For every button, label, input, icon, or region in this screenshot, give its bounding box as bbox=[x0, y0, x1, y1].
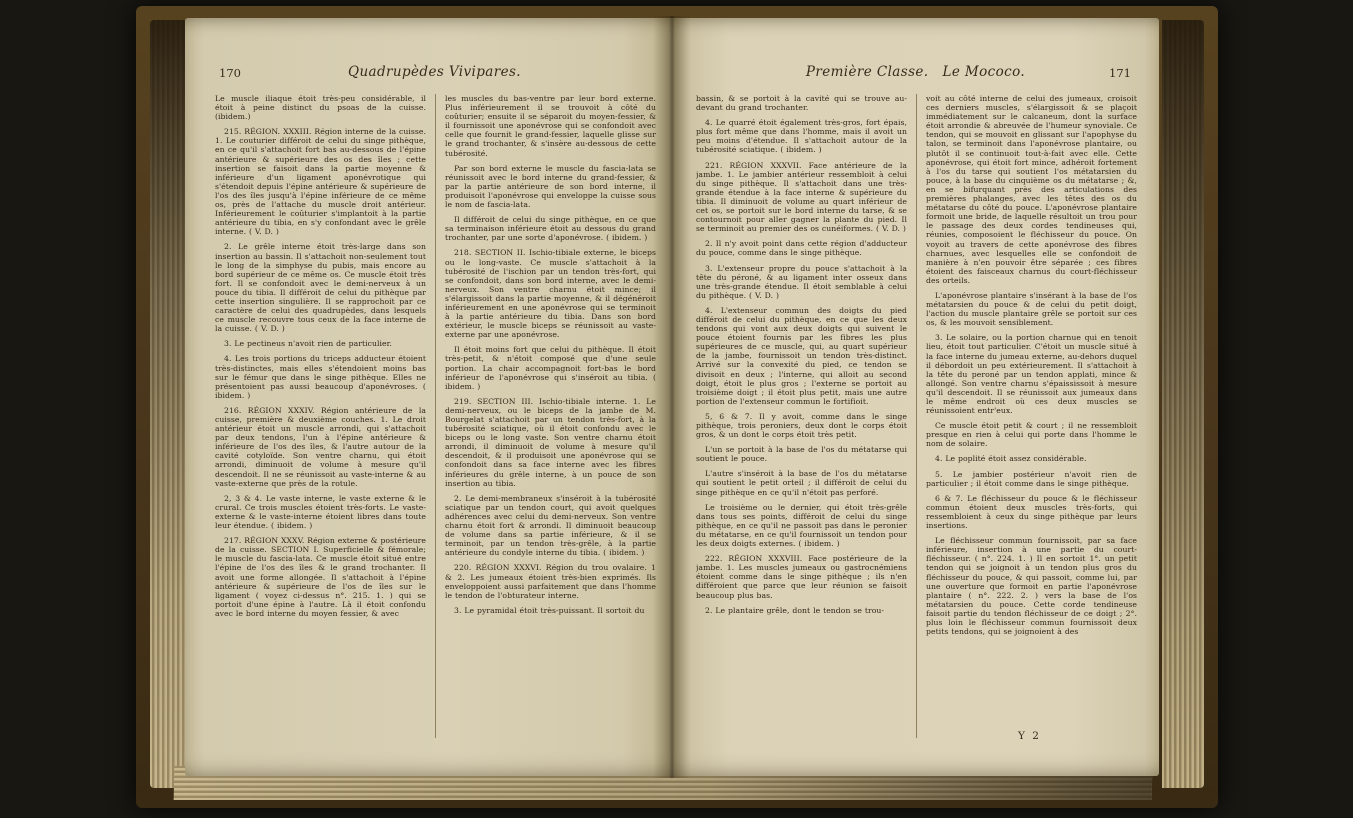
paragraph: 222. RÉGION XXXVIII. Face postérieure de… bbox=[696, 554, 907, 599]
paragraph: 2, 3 & 4. Le vaste interne, le vaste ext… bbox=[215, 494, 426, 530]
text-block-right: bassin, & se portoit à la cavité qui se … bbox=[696, 94, 1137, 738]
quire-signature: Y 2 bbox=[1018, 730, 1041, 742]
column-left-1: Le muscle iliaque étoit très-peu considé… bbox=[215, 94, 426, 738]
paragraph: 217. RÉGION XXXV. Région externe & posté… bbox=[215, 536, 426, 618]
paragraph: bassin, & se portoit à la cavité qui se … bbox=[696, 94, 907, 112]
paragraph: 3. Le pectineus n'avoit rien de particul… bbox=[215, 339, 426, 348]
page-number-left: 170 bbox=[219, 66, 241, 80]
paragraph: Il différoit de celui du singe pithèque,… bbox=[445, 215, 656, 242]
running-title-right: Première Classe.Le Mococo. bbox=[696, 64, 1135, 80]
paragraph: 4. L'extenseur commun des doigts du pied… bbox=[696, 306, 907, 406]
page-edges-right bbox=[1162, 20, 1204, 788]
paragraph: Le muscle iliaque étoit très-peu considé… bbox=[215, 94, 426, 121]
paragraph: 4. Le poplité étoit assez considérable. bbox=[926, 454, 1137, 463]
paragraph: 3. L'extenseur propre du pouce s'attacho… bbox=[696, 264, 907, 300]
paragraph: 3. Le solaire, ou la portion charnue qui… bbox=[926, 333, 1137, 415]
paragraph: 215. RÉGION. XXXIII. Région interne de l… bbox=[215, 127, 426, 236]
paragraph: 4. Le quarré étoit également très-gros, … bbox=[696, 118, 907, 154]
paragraph: 221. RÉGION XXXVII. Face antérieure de l… bbox=[696, 161, 907, 234]
paragraph: 5, 6 & 7. Il y avoit, comme dans le sing… bbox=[696, 412, 907, 439]
book: 170 Quadrupèdes Vivipares. Le muscle ili… bbox=[136, 6, 1218, 808]
text-block-left: Le muscle iliaque étoit très-peu considé… bbox=[215, 94, 656, 738]
paragraph: 3. Le pyramidal étoit très-puissant. Il … bbox=[445, 606, 656, 615]
page-right-header: Première Classe.Le Mococo. 171 bbox=[696, 64, 1135, 84]
column-right-1: bassin, & se portoit à la cavité qui se … bbox=[696, 94, 907, 738]
paragraph: L'un se portoit à la base de l'os du mét… bbox=[696, 445, 907, 463]
running-title-left: Quadrupèdes Vivipares. bbox=[215, 64, 654, 80]
page-left-header: 170 Quadrupèdes Vivipares. bbox=[215, 64, 654, 84]
paragraph: 2. Le plantaire grêle, dont le tendon se… bbox=[696, 606, 907, 615]
paragraph: 5. Le jambier postérieur n'avoit rien de… bbox=[926, 470, 1137, 488]
paragraph: 4. Les trois portions du triceps adducte… bbox=[215, 354, 426, 399]
page-edges-left bbox=[150, 20, 186, 788]
paragraph: Par son bord externe le muscle du fascia… bbox=[445, 164, 656, 209]
paragraph: Il étoit moins fort que celui du pithèqu… bbox=[445, 345, 656, 390]
paragraph: 219. SECTION III. Ischio-tibiale interne… bbox=[445, 397, 656, 488]
paragraph: Le fléchisseur commun fournissoit, par s… bbox=[926, 536, 1137, 636]
column-left-2: les muscles du bas-ventre par leur bord … bbox=[435, 94, 656, 738]
paragraph: L'autre s'inséroit à la base de l'os du … bbox=[696, 469, 907, 496]
paragraph: Le troisième ou le dernier, qui étoit tr… bbox=[696, 503, 907, 548]
paragraph: 220. RÉGION XXXVI. Région du trou ovalai… bbox=[445, 563, 656, 599]
paragraph: 2. Le demi-membraneux s'inséroit à la tu… bbox=[445, 494, 656, 558]
page-right: Première Classe.Le Mococo. 171 bassin, &… bbox=[672, 18, 1159, 776]
paragraph: L'aponévrose plantaire s'insérant à la b… bbox=[926, 291, 1137, 327]
paragraph: voit au côté interne de celui des jumeau… bbox=[926, 94, 1137, 285]
paragraph: les muscles du bas-ventre par leur bord … bbox=[445, 94, 656, 158]
paragraph: 2. Le grêle interne étoit très-large dan… bbox=[215, 242, 426, 333]
page-number-right: 171 bbox=[1109, 66, 1131, 80]
paragraph: 6 & 7. Le fléchisseur du pouce & le fléc… bbox=[926, 494, 1137, 530]
paragraph: 2. Il n'y avoit point dans cette région … bbox=[696, 239, 907, 257]
column-right-2: voit au côté interne de celui des jumeau… bbox=[916, 94, 1137, 738]
paragraph: 216. RÉGION XXXIV. Région antérieure de … bbox=[215, 406, 426, 488]
book-photo: 170 Quadrupèdes Vivipares. Le muscle ili… bbox=[0, 0, 1353, 818]
paragraph: 218. SECTION II. Ischio-tibiale externe,… bbox=[445, 248, 656, 339]
paragraph: Ce muscle étoit petit & court ; il ne re… bbox=[926, 421, 1137, 448]
page-left: 170 Quadrupèdes Vivipares. Le muscle ili… bbox=[185, 18, 672, 776]
